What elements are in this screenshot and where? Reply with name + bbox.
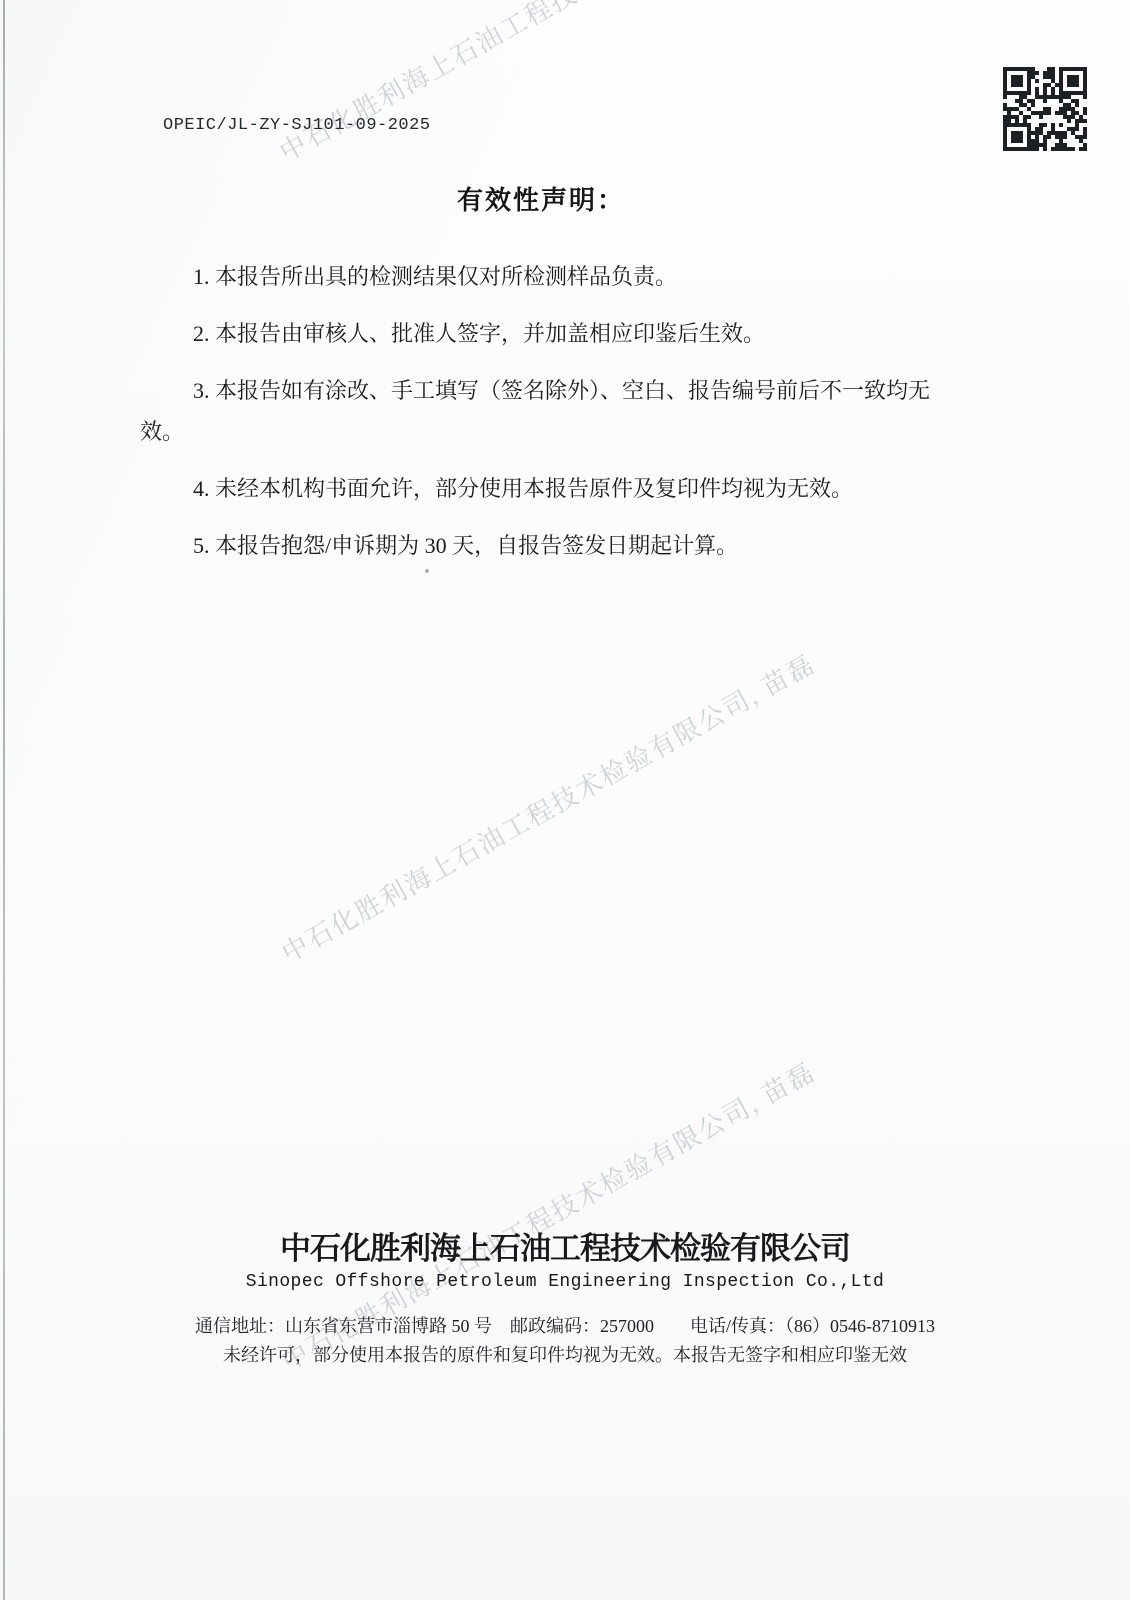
qr-code-icon	[1001, 65, 1089, 153]
statement-item: 1. 本报告所出具的检测结果仅对所检测样品负责。	[140, 256, 936, 297]
statement-item: 5. 本报告抱怨/申诉期为 30 天，自报告签发日期起计算。	[140, 525, 936, 566]
statement-item: 4. 未经本机构书面允许，部分使用本报告原件及复印件均视为无效。	[140, 468, 936, 509]
document-page: 中石化胜利海上石油工程技术检验有限公司, 苗磊 中石化胜利海上石油工程技术检验有…	[0, 0, 1130, 1600]
watermark-diagonal: 中石化胜利海上石油工程技术检验有限公司, 苗磊	[276, 649, 821, 970]
footer: 中石化胜利海上石油工程技术检验有限公司 Sinopec Offshore Pet…	[8, 1230, 1122, 1370]
statement-item: 3. 本报告如有涂改、手工填写（签名除外）、空白、报告编号前后不一致均无效。	[140, 370, 936, 452]
statement-list: 1. 本报告所出具的检测结果仅对所检测样品负责。 2. 本报告由审核人、批准人签…	[140, 256, 936, 582]
watermark-diagonal: 中石化胜利海上石油工程技术检验有限公司, 苗磊	[274, 0, 819, 169]
contact-line: 通信地址：山东省东营市淄博路 50 号 邮政编码：257000 电话/传真：（8…	[8, 1312, 1122, 1341]
scan-speck-artifact	[425, 569, 429, 573]
notice-line: 未经许可，部分使用本报告的原件和复印件均视为无效。本报告无签字和相应印鉴无效	[8, 1341, 1122, 1370]
statement-item: 2. 本报告由审核人、批准人签字，并加盖相应印鉴后生效。	[140, 313, 936, 354]
scan-edge-artifact	[3, 0, 5, 1600]
page-title: 有效性声明：	[0, 180, 1082, 217]
company-name-en: Sinopec Offshore Petroleum Engineering I…	[8, 1270, 1122, 1294]
company-name-cn: 中石化胜利海上石油工程技术检验有限公司	[8, 1230, 1122, 1268]
document-code: OPEIC/JL-ZY-SJ101-09-2025	[163, 116, 431, 135]
